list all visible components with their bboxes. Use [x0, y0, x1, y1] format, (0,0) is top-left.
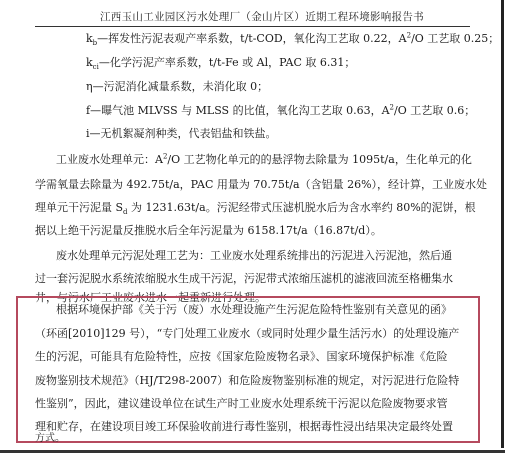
highlight-line3: 生的污泥，可能具有危险特性，应按《国家危险废物名录》、国家环境保护标准《危险 [35, 350, 448, 364]
page-edge-border [501, 0, 504, 448]
highlight-line5: 性鉴别”，因此，建议建设单位在试生产时工业废水处理系统干污泥以危险废物要求管 [35, 397, 448, 411]
highlight-line4: 废物鉴别技术规范》（HJ/T298-2007）和危险废物鉴别标准的规定，对污泥进… [35, 374, 459, 388]
paragraph1-line3: 理单元干污泥量 Sd 为 1231.63t/a。污泥经带式压滤机脱水后为含水率约… [35, 201, 476, 215]
highlight-line1: 根据环境保护部《关于污（废）水处理设施产生污泥危险特性鉴别有关意见的函》 [56, 303, 452, 317]
header-divider [35, 26, 470, 27]
definition-i: i—无机絮凝剂种类，代表铝盐和铁盐。 [86, 127, 277, 141]
document-title: 江西玉山工业园区污水处理厂（金山片区）近期工程环境影响报告书 [100, 9, 424, 24]
definition-kci: kci—化学污泥产率系数，t/t-Fe 或 Al，PAC 取 6.31； [86, 56, 355, 70]
paragraph2-line1: 废水处理单元污泥处理工艺为：工业废水处理系统排出的污泥进入污泥池，然后通 [56, 249, 452, 263]
highlight-line6: 理和贮存，在建设项目竣工环保验收前进行毒性鉴别，根据毒性浸出结果决定最终处置 [35, 420, 453, 434]
page-bottom-border [0, 450, 505, 453]
definition-eta: η—污泥消化减量系数，未消化取 0； [86, 80, 268, 94]
paragraph1-line1: 工业废水处理单元：A2/O 工艺物化单元的的悬浮物去除量为 1095t/a，生化… [56, 153, 472, 167]
highlight-line7: 方式。 [35, 432, 65, 446]
definition-kb: kb—挥发性污泥表观产率系数，t/t-COD，氧化沟工艺取 0.22，A2/O … [86, 32, 499, 46]
paragraph2-line2: 过一套污泥脱水系统浓缩脱水生成干污泥，污泥带式浓缩压滤机的滤液回流至格栅集水 [35, 272, 453, 286]
paragraph1-line4: 据以上绝干污泥量反推脱水后全年污泥量为 6158.17t/a（16.87t/d）… [35, 224, 382, 238]
paragraph1-line2: 学需氧量去除量为 492.75t/a，PAC 用量为 70.75t/a（含铝量 … [35, 178, 487, 192]
definition-f: f—曝气池 MLVSS 与 MLSS 的比值，氧化沟工艺取 0.63，A2/O … [86, 104, 475, 118]
page-header: 江西玉山工业园区污水处理厂（金山片区）近期工程环境影响报告书 [0, 0, 505, 26]
highlight-line2: （环函[2010]129 号），“专门处理工业废水（或同时处理少量生活污水）的处… [35, 327, 459, 341]
